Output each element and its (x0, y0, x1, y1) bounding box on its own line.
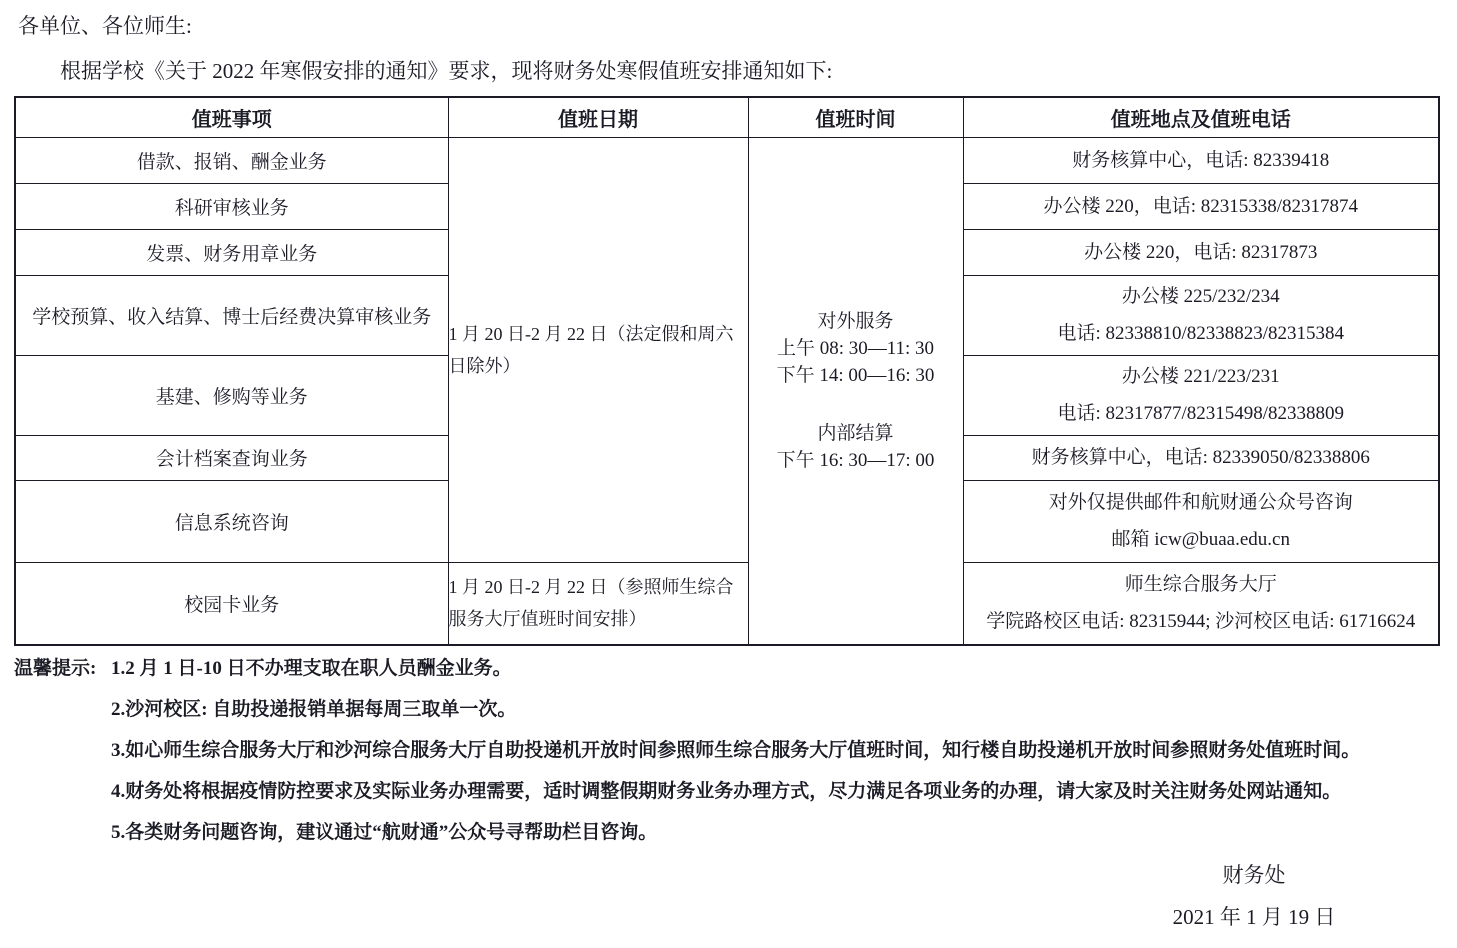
external-service-label: 对外服务 (749, 308, 963, 335)
duty-location-cell: 财务核算中心，电话: 82339050/82338806 (963, 435, 1439, 480)
duty-location-cell: 办公楼 220，电话: 82317873 (963, 229, 1439, 275)
location-line: 办公楼 225/232/234 (964, 278, 1439, 315)
duty-item-cell: 基建、修购等业务 (15, 355, 448, 435)
table-header-row: 值班事项 值班日期 值班时间 值班地点及值班电话 (15, 97, 1439, 137)
header-duty-time: 值班时间 (748, 97, 963, 137)
duty-time-cell: 对外服务 上午 08: 30—11: 30 下午 14: 00—16: 30 内… (748, 137, 963, 645)
external-morning-time: 上午 08: 30—11: 30 (749, 335, 963, 362)
duty-item-cell: 借款、报销、酬金业务 (15, 137, 448, 183)
duty-location-cell: 对外仅提供邮件和航财通公众号咨询 邮箱 icw@buaa.edu.cn (963, 480, 1439, 562)
note-line: 温馨提示:1.2 月 1 日-10 日不办理支取在职人员酬金业务。 (14, 655, 1443, 683)
note-line: 2.沙河校区: 自助投递报销单据每周三取单一次。 (111, 696, 1443, 724)
duty-schedule-table: 值班事项 值班日期 值班时间 值班地点及值班电话 借款、报销、酬金业务 1 月 … (14, 96, 1440, 646)
location-line: 办公楼 221/223/231 (964, 358, 1439, 395)
note-line: 4.财务处将根据疫情防控要求及实际业务办理需要，适时调整假期财务业务办理方式，尽… (111, 778, 1443, 806)
signature-date: 2021 年 1 月 19 日 (1098, 903, 1410, 931)
external-service-times: 对外服务 上午 08: 30—11: 30 下午 14: 00—16: 30 (749, 308, 963, 389)
location-line: 学院路校区电话: 82315944; 沙河校区电话: 61716624 (964, 603, 1439, 640)
location-line: 电话: 82317877/82315498/82338809 (964, 395, 1439, 432)
location-line: 师生综合服务大厅 (964, 566, 1439, 603)
external-afternoon-time: 下午 14: 00—16: 30 (749, 362, 963, 389)
duty-item-cell: 科研审核业务 (15, 183, 448, 229)
table-row: 校园卡业务 1 月 20 日-2 月 22 日（参照师生综合服务大厅值班时间安排… (15, 562, 1439, 645)
note-line: 5.各类财务问题咨询，建议通过“航财通”公众号寻帮助栏目咨询。 (111, 819, 1443, 847)
signature-block: 财务处 2021 年 1 月 19 日 (1098, 861, 1410, 931)
duty-item-cell: 会计档案查询业务 (15, 435, 448, 480)
location-line: 财务核算中心，电话: 82339418 (964, 142, 1439, 179)
notice-page: 各单位、各位师生: 根据学校《关于 2022 年寒假安排的通知》要求，现将财务处… (0, 0, 1457, 948)
internal-settlement-times: 内部结算 下午 16: 30—17: 00 (749, 420, 963, 474)
duty-location-cell: 办公楼 221/223/231 电话: 82317877/82315498/82… (963, 355, 1439, 435)
duty-date-campus-card-cell: 1 月 20 日-2 月 22 日（参照师生综合服务大厅值班时间安排） (448, 562, 748, 645)
duty-item-cell: 信息系统咨询 (15, 480, 448, 562)
location-line: 财务核算中心，电话: 82339050/82338806 (964, 439, 1439, 476)
location-line: 邮箱 icw@buaa.edu.cn (964, 521, 1439, 558)
duty-date-main-cell: 1 月 20 日-2 月 22 日（法定假和周六日除外） (448, 137, 748, 562)
greeting-line: 各单位、各位师生: (18, 12, 1443, 40)
duty-location-cell: 师生综合服务大厅 学院路校区电话: 82315944; 沙河校区电话: 6171… (963, 562, 1439, 645)
location-line: 对外仅提供邮件和航财通公众号咨询 (964, 484, 1439, 521)
internal-settlement-label: 内部结算 (749, 420, 963, 447)
table-row: 借款、报销、酬金业务 1 月 20 日-2 月 22 日（法定假和周六日除外） … (15, 137, 1439, 183)
signature-department: 财务处 (1098, 861, 1410, 889)
internal-afternoon-time: 下午 16: 30—17: 00 (749, 447, 963, 474)
location-line: 办公楼 220，电话: 82315338/82317874 (964, 188, 1439, 225)
header-duty-location: 值班地点及值班电话 (963, 97, 1439, 137)
intro-paragraph: 根据学校《关于 2022 年寒假安排的通知》要求，现将财务处寒假值班安排通知如下… (14, 57, 1443, 85)
notes-label: 温馨提示: (14, 655, 111, 683)
duty-location-cell: 办公楼 225/232/234 电话: 82338810/82338823/82… (963, 275, 1439, 355)
notes-section: 温馨提示:1.2 月 1 日-10 日不办理支取在职人员酬金业务。 2.沙河校区… (14, 655, 1443, 847)
duty-item-cell: 学校预算、收入结算、博士后经费决算审核业务 (15, 275, 448, 355)
duty-item-cell: 校园卡业务 (15, 562, 448, 645)
note-item: 1.2 月 1 日-10 日不办理支取在职人员酬金业务。 (111, 658, 512, 679)
duty-item-cell: 发票、财务用章业务 (15, 229, 448, 275)
duty-location-cell: 办公楼 220，电话: 82315338/82317874 (963, 183, 1439, 229)
header-duty-date: 值班日期 (448, 97, 748, 137)
location-line: 办公楼 220，电话: 82317873 (964, 234, 1439, 271)
note-line: 3.如心师生综合服务大厅和沙河综合服务大厅自助投递机开放时间参照师生综合服务大厅… (111, 737, 1443, 765)
location-line: 电话: 82338810/82338823/82315384 (964, 315, 1439, 352)
duty-location-cell: 财务核算中心，电话: 82339418 (963, 137, 1439, 183)
header-duty-item: 值班事项 (15, 97, 448, 137)
